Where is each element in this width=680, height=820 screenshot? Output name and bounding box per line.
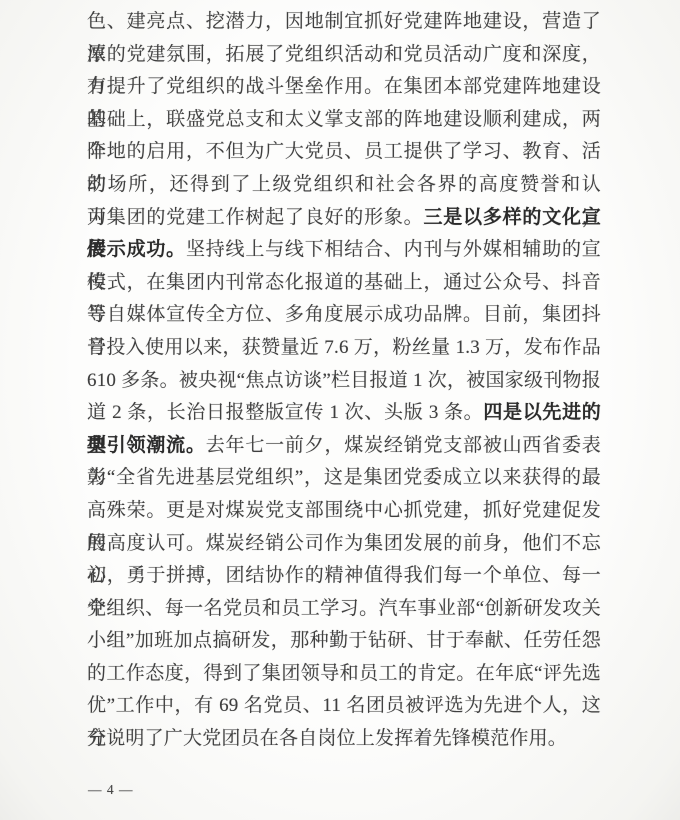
text-line: 高殊荣。更是对煤炭党支部围绕中心抓党建，抓好党建促发展 <box>87 495 601 528</box>
text-line: 的高度认可。煤炭经销公司作为集团发展的前身，他们不忘初 <box>87 528 601 561</box>
bold-text-segment: 型引领潮流。 <box>87 435 206 456</box>
text-segment: 号投入使用以来，获赞量近 7.6 万，粉丝量 1.3 万，发布作品 <box>87 337 601 358</box>
text-line: 展示成功。坚持线上与线下相结合、内刊与外媒相辅助的宣传 <box>87 234 601 267</box>
text-segment: 分说明了广大党团员在各自岗位上发挥着先锋模范作用。 <box>87 728 567 749</box>
text-segment: 道 2 条，长治日报整版宣传 1 次、头版 3 条。 <box>87 402 483 423</box>
text-line: 色、建亮点、挖潜力，因地制宜抓好党建阵地建设，营造了浓 <box>87 6 601 39</box>
text-line: 等自媒体宣传全方位、多角度展示成功品牌。目前，集团抖音 <box>87 299 601 332</box>
text-line: 厚的党建氛围，拓展了党组织活动和党员活动广度和深度，有 <box>87 39 601 72</box>
text-segment: 为“全省先进基层党组织”，这是集团党委成立以来获得的最 <box>87 467 601 488</box>
text-line: 分说明了广大党团员在各自岗位上发挥着先锋模范作用。 <box>87 723 601 756</box>
document-page: 色、建亮点、挖潜力，因地制宜抓好党建阵地建设，营造了浓厚的党建氛围，拓展了党组织… <box>0 0 680 820</box>
text-line: 小组”加班加点搞研发，那种勤于钻研、甘于奉献、任劳任怨 <box>87 625 601 658</box>
text-line: 的工作态度，得到了集团领导和员工的肯定。在年底“评先选 <box>87 658 601 691</box>
scanned-document: { "document": { "kind": "scanned-page", … <box>0 0 680 820</box>
text-line: 模式，在集团内刊常态化报道的基础上，通过公众号、抖音号 <box>87 267 601 300</box>
text-line: 基础上，联盛党总支和太义掌支部的阵地建设顺利建成，两个 <box>87 104 601 137</box>
text-line: 优”工作中，有 69 名党员、11 名团员被评选为先进个人，这充 <box>87 690 601 723</box>
text-segment: 610 多条。被央视“焦点访谈”栏目报道 1 次，被国家级刊物报 <box>87 370 601 391</box>
text-line: 610 多条。被央视“焦点访谈”栏目报道 1 次，被国家级刊物报 <box>87 365 601 398</box>
text-segment: 为集团的党建工作树起了良好的形象。 <box>87 207 423 228</box>
text-segment: 的工作态度，得到了集团领导和员工的肯定。在年底“评先选 <box>87 663 601 684</box>
text-line: 为“全省先进基层党组织”，这是集团党委成立以来获得的最 <box>87 462 601 495</box>
text-line: 阵地的启用，不但为广大党员、员工提供了学习、教育、活动 <box>87 136 601 169</box>
document-lines: 色、建亮点、挖潜力，因地制宜抓好党建阵地建设，营造了浓厚的党建氛围，拓展了党组织… <box>87 6 601 756</box>
text-line: 号投入使用以来，获赞量近 7.6 万，粉丝量 1.3 万，发布作品 <box>87 332 601 365</box>
text-segment: 党组织、每一名党员和员工学习。汽车事业部“创新研发攻关 <box>87 598 601 619</box>
text-line: 力提升了党组织的战斗堡垒作用。在集团本部党建阵地建设的 <box>87 71 601 104</box>
text-line: 型引领潮流。去年七一前夕，煤炭经销党支部被山西省委表彰 <box>87 430 601 463</box>
text-line: 的场所，还得到了上级党组织和社会各界的高度赞誉和认可， <box>87 169 601 202</box>
text-line: 党组织、每一名党员和员工学习。汽车事业部“创新研发攻关 <box>87 593 601 626</box>
page-number: — 4 — <box>88 782 134 798</box>
bold-text-segment: 展示成功。 <box>87 239 186 260</box>
text-line: 道 2 条，长治日报整版宣传 1 次、头版 3 条。四是以先进的典 <box>87 397 601 430</box>
text-line: 心，勇于拼搏，团结协作的精神值得我们每一个单位、每一个 <box>87 560 601 593</box>
text-segment: 小组”加班加点搞研发，那种勤于钻研、甘于奉献、任劳任怨 <box>87 630 601 651</box>
text-line: 为集团的党建工作树起了良好的形象。三是以多样的文化宣传 <box>87 202 601 235</box>
